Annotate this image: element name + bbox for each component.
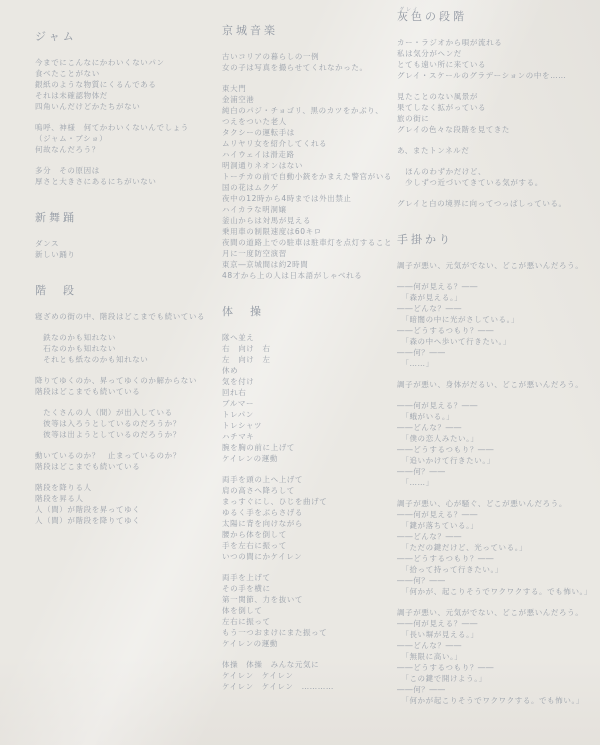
lyric-line: あ、またトンネルだ bbox=[397, 145, 595, 156]
song-title-text: 手掛かり bbox=[397, 233, 453, 246]
lyric-line: ダンス bbox=[35, 238, 217, 249]
lyric-line: 両手を頭の上へ上げて bbox=[222, 474, 396, 485]
lyric-line: 釜山からは対馬が見える bbox=[222, 215, 396, 226]
lyric-line: ハイカラな明洞嬢 bbox=[222, 204, 396, 215]
lyric-line: ――何？―― bbox=[397, 347, 595, 358]
lyric-line: ――どんな？―― bbox=[397, 531, 595, 542]
lyric-line: ――どんな？―― bbox=[397, 303, 595, 314]
lyric-line: グレイ・スケールのグラデーションの中を…… bbox=[397, 70, 595, 81]
lyric-line: 調子が悪い、元気がでない、どこが悪いんだろう。 bbox=[397, 260, 595, 271]
song-section: グレイ灰色の段階カー・ラジオから唄が流れる私は気分がヘンだとても遠い所に来ている… bbox=[397, 10, 595, 209]
song-title-text: ジャム bbox=[35, 30, 77, 43]
lyric-line: ――何が見える？―― bbox=[397, 281, 595, 292]
lyric-line: 「鍵が落ちている。」 bbox=[397, 520, 595, 531]
lyric-line: 「何かが、起こりそうでワクワクする。でも怖い。」 bbox=[397, 586, 595, 597]
lyrics-column-right: グレイ灰色の段階カー・ラジオから唄が流れる私は気分がヘンだとても遠い所に来ている… bbox=[397, 10, 595, 730]
stanza: 降りてゆくのか、昇ってゆくのか解からない階段はどこまでも続いている bbox=[35, 375, 217, 397]
stanza: 調子が悪い、元気がでない、どこが悪いんだろう。 bbox=[397, 260, 595, 271]
lyric-line: ――何が見える？―― bbox=[397, 509, 595, 520]
lyric-line: 「長い塀が見える。」 bbox=[397, 629, 595, 640]
lyric-line: 石なのかも知れない bbox=[35, 343, 217, 354]
lyric-line: 彼等は出ようとしているのだろうか？ bbox=[35, 429, 217, 440]
stanza: 体操 体操 みんな元気にケイレン ケイレンケイレン ケイレン ………… bbox=[222, 659, 396, 692]
song-section: 階 段寝ざめの街の中、階段はどこまでも続いている 鉄なのかも知れない 石なのかも… bbox=[35, 284, 217, 526]
lyric-line: 腕を胸の前に上げて bbox=[222, 442, 396, 453]
lyric-line: 「蛾がいる。」 bbox=[397, 411, 595, 422]
lyric-line: 今までにこんなにかわいくないパン bbox=[35, 57, 217, 68]
lyric-line: トレシャツ bbox=[222, 420, 396, 431]
lyric-line: 右 向け 右 bbox=[222, 343, 396, 354]
song-section: 体 操隊へ並え右 向け 右左 向け 左休め気を付け回れ右ブルマートレパントレシャ… bbox=[222, 305, 396, 692]
lyric-line: 体操 体操 みんな元気に bbox=[222, 659, 396, 670]
lyric-line: とても遠い所に来ている bbox=[397, 59, 595, 70]
lyric-line: 「森の中へ歩いて行きたい。」 bbox=[397, 336, 595, 347]
lyric-line: 彼等は入ろうとしているのだろうか？ bbox=[35, 418, 217, 429]
lyric-line: 食べたことがない bbox=[35, 68, 217, 79]
stanza: ダンス新しい踊り bbox=[35, 238, 217, 260]
lyric-line: 金浦空港 bbox=[222, 94, 396, 105]
lyric-sheet-page: ジャム今までにこんなにかわいくないパン食べたことがない銀紙のような物質にくるんで… bbox=[0, 0, 600, 745]
lyric-line: 東京―京城間は約2時間 bbox=[222, 259, 396, 270]
lyric-line: 国の花はムクゲ bbox=[222, 182, 396, 193]
lyric-line: 調子が悪い、元気がでない、どこが悪いんだろう。 bbox=[397, 607, 595, 618]
song-title: 体 操 bbox=[222, 305, 396, 319]
lyric-line: 嗚呼、神様 何てかわいくないんでしょう bbox=[35, 122, 217, 133]
lyric-line: 手を左右に振って bbox=[222, 540, 396, 551]
lyric-line: 「無限に高い。」 bbox=[397, 651, 595, 662]
lyric-line: 寝ざめの街の中、階段はどこまでも続いている bbox=[35, 311, 217, 322]
lyric-line: ――どうするつもり？―― bbox=[397, 553, 595, 564]
lyric-line: 明洞通りネオンはない bbox=[222, 160, 396, 171]
lyric-line: 女の子は写真を撮らせてくれなかった。 bbox=[222, 62, 396, 73]
lyric-line: ――どんな？―― bbox=[397, 640, 595, 651]
song-title: 京城音楽 bbox=[222, 24, 396, 38]
song-title-text: 京城音楽 bbox=[222, 24, 278, 37]
lyric-line: それとも紙なのかも知れない bbox=[35, 354, 217, 365]
song-title: 新舞踊 bbox=[35, 211, 217, 225]
stanza: 両手を頭の上へ上げて肩の高さへ降ろしてまっすぐにし、ひじを曲げてゆるく手をぶらさ… bbox=[222, 474, 396, 562]
stanza: 調子が悪い、元気がでない、どこが悪いんだろう。――何が見える？―― 「長い塀が見… bbox=[397, 607, 595, 706]
lyric-line: ――何？―― bbox=[397, 466, 595, 477]
lyric-line: 厚さと大きさにあるにちがいない bbox=[35, 176, 217, 187]
lyric-line: ――何が見える？―― bbox=[397, 400, 595, 411]
stanza: 調子が悪い、心が騒ぐ、どこが悪いんだろう。――何が見える？―― 「鍵が落ちている… bbox=[397, 498, 595, 597]
stanza: 古いコリアの暮らしの一例女の子は写真を撮らせてくれなかった。 bbox=[222, 51, 396, 73]
lyric-line: 階段を昇る人 bbox=[35, 493, 217, 504]
lyric-line: 48才から上の人は日本語がしゃべれる bbox=[222, 270, 396, 281]
lyric-line: 旅の街に bbox=[397, 113, 595, 124]
lyric-line: 四角いんだけどかたちがない bbox=[35, 101, 217, 112]
lyric-line: 「……」 bbox=[397, 477, 595, 488]
lyric-line: ケイレン ケイレン bbox=[222, 670, 396, 681]
lyric-line: ケイレン ケイレン ………… bbox=[222, 681, 396, 692]
lyric-line: 「この鍵で開けよう。」 bbox=[397, 673, 595, 684]
song-section: 手掛かり調子が悪い、元気がでない、どこが悪いんだろう。――何が見える？―― 「森… bbox=[397, 233, 595, 706]
song-section: ジャム今までにこんなにかわいくないパン食べたことがない銀紙のような物質にくるんで… bbox=[35, 30, 217, 187]
lyric-line: 純白のパジ・チョゴリ、黒のカツをかぶり、 bbox=[222, 105, 396, 116]
stanza: 東大門金浦空港純白のパジ・チョゴリ、黒のカツをかぶり、つえをついた老人タクシーの… bbox=[222, 83, 396, 281]
lyric-line: 気を付け bbox=[222, 376, 396, 387]
song-title-furigana: グレイ bbox=[399, 3, 420, 17]
stanza: 見たことのない風景が果てしなく拡がっている旅の街にグレイの色々な段階を見てきた bbox=[397, 91, 595, 135]
stanza: ほんのわずかだけど、 少しずつ近づいてきている気がする。 bbox=[397, 166, 595, 188]
stanza: たくさんの人（間）が出入している 彼等は入ろうとしているのだろうか？ 彼等は出よ… bbox=[35, 407, 217, 440]
lyric-line: ――どんな？―― bbox=[397, 422, 595, 433]
stanza: あ、またトンネルだ bbox=[397, 145, 595, 156]
lyric-line: トレパン bbox=[222, 409, 396, 420]
lyric-line: 動いているのか？ 止まっているのか？ bbox=[35, 450, 217, 461]
lyric-line: たくさんの人（間）が出入している bbox=[35, 407, 217, 418]
lyric-line: つえをついた老人 bbox=[222, 116, 396, 127]
lyric-line: 太陽に背を向けながら bbox=[222, 518, 396, 529]
stanza: カー・ラジオから唄が流れる私は気分がヘンだとても遠い所に来ているグレイ・スケール… bbox=[397, 37, 595, 81]
lyric-line: ――どうするつもり？―― bbox=[397, 325, 595, 336]
lyric-line: トーチカの前で自動小銃をかまえた警官がいる bbox=[222, 171, 396, 182]
stanza: ――何が見える？―― 「蛾がいる。」――どんな？―― 「僕の恋人みたい。」――ど… bbox=[397, 400, 595, 488]
lyric-line: 人（間）が階段を降りてゆく bbox=[35, 515, 217, 526]
lyric-line: 「森が見える。」 bbox=[397, 292, 595, 303]
lyric-line: 回れ右 bbox=[222, 387, 396, 398]
lyric-line: 果てしなく拡がっている bbox=[397, 102, 595, 113]
lyric-line: タクシーの運転手は bbox=[222, 127, 396, 138]
lyric-line: まっすぐにし、ひじを曲げて bbox=[222, 496, 396, 507]
lyrics-column-middle: 京城音楽古いコリアの暮らしの一例女の子は写真を撮らせてくれなかった。東大門金浦空… bbox=[222, 24, 396, 716]
song-title: 階 段 bbox=[35, 284, 217, 298]
lyric-line: 私は気分がヘンだ bbox=[397, 48, 595, 59]
lyric-line: 調子が悪い、身体がだるい、どこが悪いんだろう。 bbox=[397, 379, 595, 390]
stanza: 嗚呼、神様 何てかわいくないんでしょう（ジャム・ブショ）何故なんだろう？ bbox=[35, 122, 217, 155]
lyric-line: その手を横に bbox=[222, 583, 396, 594]
stanza: 動いているのか？ 止まっているのか？階段はどこまでも続いている bbox=[35, 450, 217, 472]
song-title: 手掛かり bbox=[397, 233, 595, 247]
lyric-line: カー・ラジオから唄が流れる bbox=[397, 37, 595, 48]
lyric-line: 何故なんだろう？ bbox=[35, 144, 217, 155]
stanza: 今までにこんなにかわいくないパン食べたことがない銀紙のような物質にくるんであるそ… bbox=[35, 57, 217, 112]
lyric-line: 夜中の12時から4時までは外出禁止 bbox=[222, 193, 396, 204]
song-section: 京城音楽古いコリアの暮らしの一例女の子は写真を撮らせてくれなかった。東大門金浦空… bbox=[222, 24, 396, 281]
stanza: ――何が見える？―― 「森が見える。」――どんな？―― 「暗闇の中に光がさしてい… bbox=[397, 281, 595, 369]
lyric-line: ――どうするつもり？―― bbox=[397, 662, 595, 673]
lyric-line: 「拾って持って行きたい。」 bbox=[397, 564, 595, 575]
lyric-line: 「僕の恋人みたい。」 bbox=[397, 433, 595, 444]
lyric-line: 「……」 bbox=[397, 358, 595, 369]
stanza: 両手を上げてその手を横に第一関節、力を抜いて体を倒して左右に振ってもう一つおまけ… bbox=[222, 572, 396, 649]
lyric-line: （ジャム・ブショ） bbox=[35, 133, 217, 144]
lyric-line: 「何かが起こりそうでワクワクする。でも怖い。」 bbox=[397, 695, 595, 706]
lyric-line: ケイレンの運動 bbox=[222, 638, 396, 649]
lyric-line: ムリヤリ女を紹介してくれる bbox=[222, 138, 396, 149]
stanza: グレイと白の境界に向ってつっぱしっている。 bbox=[397, 198, 595, 209]
lyric-line: 第一関節、力を抜いて bbox=[222, 594, 396, 605]
lyric-line: 階段はどこまでも続いている bbox=[35, 386, 217, 397]
lyric-line: 東大門 bbox=[222, 83, 396, 94]
lyric-line: ケイレンの運動 bbox=[222, 453, 396, 464]
lyric-line: 階段を降りる人 bbox=[35, 482, 217, 493]
lyric-line: 階段はどこまでも続いている bbox=[35, 461, 217, 472]
lyric-line: 銀紙のような物質にくるんである bbox=[35, 79, 217, 90]
lyric-line: ――何？―― bbox=[397, 684, 595, 695]
lyric-line: ――どうするつもり？―― bbox=[397, 444, 595, 455]
lyric-line: 調子が悪い、心が騒ぐ、どこが悪いんだろう。 bbox=[397, 498, 595, 509]
lyric-line: 古いコリアの暮らしの一例 bbox=[222, 51, 396, 62]
lyric-line: 少しずつ近づいてきている気がする。 bbox=[397, 177, 595, 188]
lyric-line: ハイウェイは滑走路 bbox=[222, 149, 396, 160]
song-title-text: 体 操 bbox=[222, 305, 264, 318]
lyric-line: ほんのわずかだけど、 bbox=[397, 166, 595, 177]
lyric-line: 鉄なのかも知れない bbox=[35, 332, 217, 343]
lyric-line: ――何が見える？―― bbox=[397, 618, 595, 629]
song-title: ジャム bbox=[35, 30, 217, 44]
lyric-line: それは未確認物体だ bbox=[35, 90, 217, 101]
lyric-line: 乗用車の制限速度は60キロ bbox=[222, 226, 396, 237]
lyric-line: 月に一度防空演習 bbox=[222, 248, 396, 259]
lyric-line: 左 向け 左 bbox=[222, 354, 396, 365]
lyric-line: 見たことのない風景が bbox=[397, 91, 595, 102]
stanza: 階段を降りる人階段を昇る人人（間）が階段を昇ってゆく人（間）が階段を降りてゆく bbox=[35, 482, 217, 526]
lyric-line: いつの間にかケイレン bbox=[222, 551, 396, 562]
stanza: 調子が悪い、身体がだるい、どこが悪いんだろう。 bbox=[397, 379, 595, 390]
lyric-line: 「暗闇の中に光がさしている。」 bbox=[397, 314, 595, 325]
lyric-line: 人（間）が階段を昇ってゆく bbox=[35, 504, 217, 515]
stanza: 鉄なのかも知れない 石なのかも知れない それとも紙なのかも知れない bbox=[35, 332, 217, 365]
lyric-line: 夜間の道路上での駐車は駐車灯を点灯すること bbox=[222, 237, 396, 248]
lyric-line: 降りてゆくのか、昇ってゆくのか解からない bbox=[35, 375, 217, 386]
lyrics-column-left: ジャム今までにこんなにかわいくないパン食べたことがない銀紙のような物質にくるんで… bbox=[35, 30, 217, 550]
lyric-line: 左右に振って bbox=[222, 616, 396, 627]
lyric-line: グレイの色々な段階を見てきた bbox=[397, 124, 595, 135]
song-title-text: 新舞踊 bbox=[35, 211, 77, 224]
lyric-line: ハチマキ bbox=[222, 431, 396, 442]
stanza: 多分 その原因は厚さと大きさにあるにちがいない bbox=[35, 165, 217, 187]
lyric-line: ブルマー bbox=[222, 398, 396, 409]
song-title: グレイ灰色の段階 bbox=[397, 10, 595, 24]
lyric-line: 隊へ並え bbox=[222, 332, 396, 343]
lyric-line: 両手を上げて bbox=[222, 572, 396, 583]
lyric-line: 新しい踊り bbox=[35, 249, 217, 260]
lyric-line: 肩の高さへ降ろして bbox=[222, 485, 396, 496]
lyric-line: 「追いかけて行きたい。」 bbox=[397, 455, 595, 466]
lyric-line: 体を倒して bbox=[222, 605, 396, 616]
lyric-line: ――何？―― bbox=[397, 575, 595, 586]
lyric-line: 休め bbox=[222, 365, 396, 376]
lyric-line: グレイと白の境界に向ってつっぱしっている。 bbox=[397, 198, 595, 209]
lyric-line: ゆるく手をぶらさげる bbox=[222, 507, 396, 518]
song-title-text: 階 段 bbox=[35, 284, 77, 297]
stanza: 寝ざめの街の中、階段はどこまでも続いている bbox=[35, 311, 217, 322]
lyric-line: 「ただの鍵だけど、光っている。」 bbox=[397, 542, 595, 553]
lyric-line: 多分 その原因は bbox=[35, 165, 217, 176]
lyric-line: もう一つおまけにまた振って bbox=[222, 627, 396, 638]
stanza: 隊へ並え右 向け 右左 向け 左休め気を付け回れ右ブルマートレパントレシャツハチ… bbox=[222, 332, 396, 464]
song-section: 新舞踊ダンス新しい踊り bbox=[35, 211, 217, 260]
lyric-line: 腰から体を倒して bbox=[222, 529, 396, 540]
